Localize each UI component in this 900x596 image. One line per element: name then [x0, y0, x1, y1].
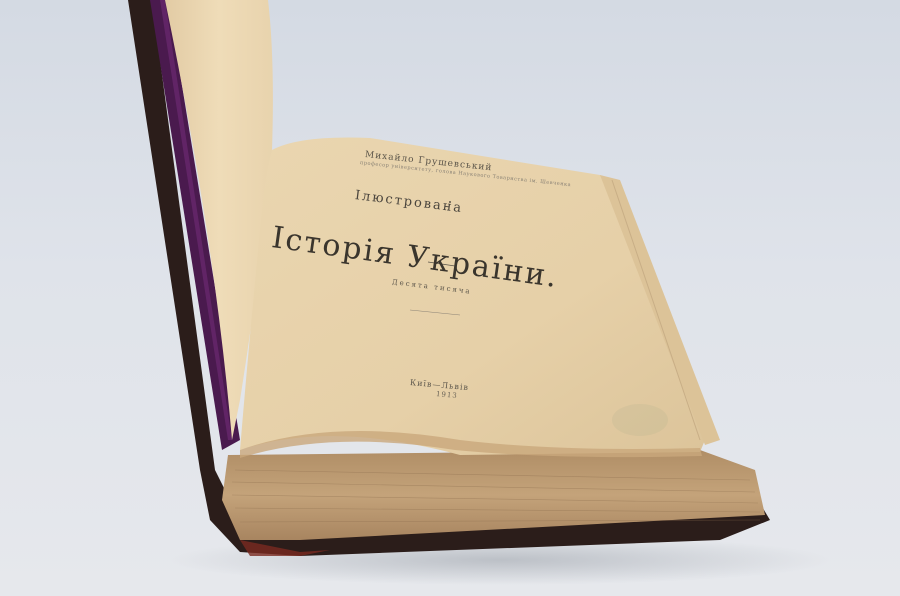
book-illustration [0, 0, 900, 596]
photo-scene: Михайло Грушевський професор університет… [0, 0, 900, 596]
